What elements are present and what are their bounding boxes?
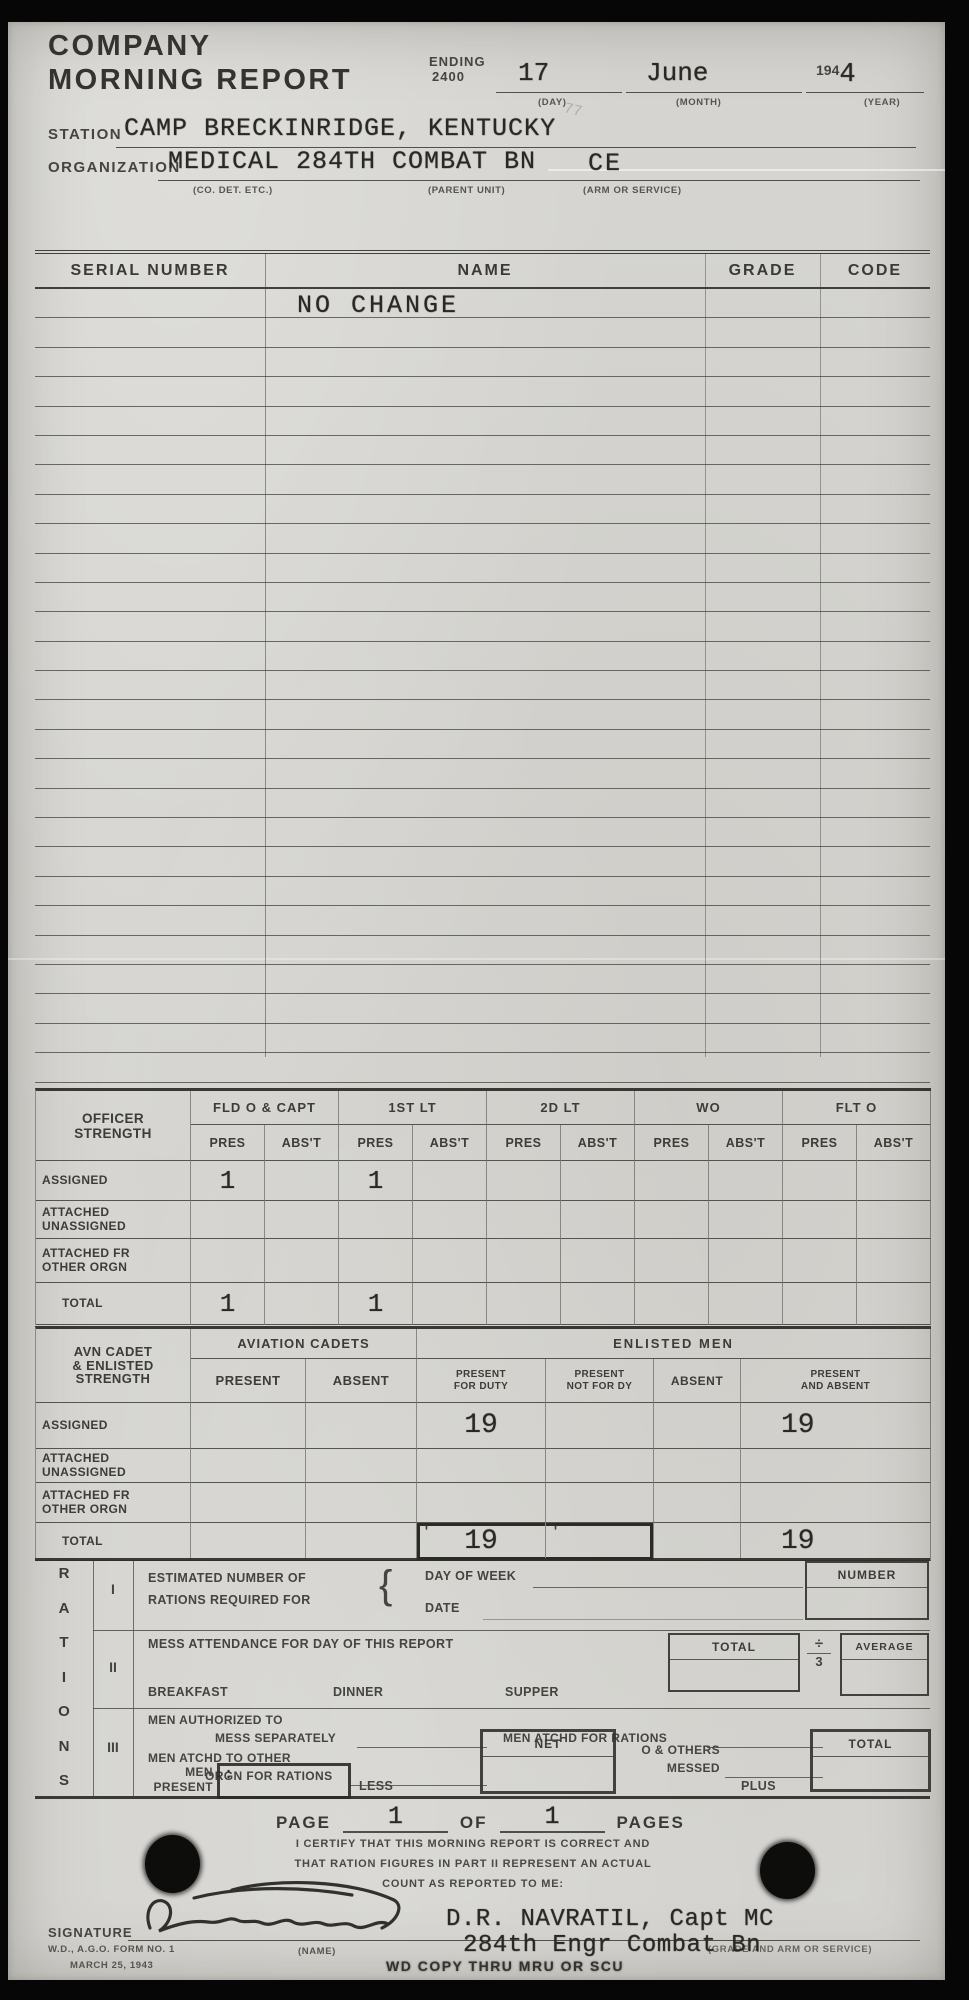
roster-blank-row — [35, 318, 930, 347]
enlisted-value — [191, 1403, 306, 1449]
rations-part-divider — [93, 1630, 930, 1631]
hole-punch — [760, 1842, 815, 1899]
officer-value — [561, 1283, 635, 1325]
enlisted-row-label: ASSIGNED — [36, 1403, 191, 1449]
officer-value — [857, 1201, 931, 1239]
roster-blank-row — [35, 700, 930, 729]
officer-value — [413, 1161, 487, 1201]
cert-line2: THAT RATION FIGURES IN PART II REPRESENT… — [213, 1854, 733, 1874]
officer-value — [191, 1201, 265, 1239]
enlisted-row-label-total: TOTAL — [36, 1523, 191, 1561]
pages-label: PAGES — [617, 1813, 685, 1833]
month-label: (MONTH) — [676, 97, 721, 108]
signature-label: SIGNATURE — [48, 1925, 133, 1940]
roster-blank-row — [35, 847, 930, 876]
roster-blank-row — [35, 877, 930, 906]
rations-vertical-label: R A T I O N S — [51, 1565, 77, 1789]
enlisted-col-absent2: ABSENT — [654, 1359, 741, 1403]
enlisted-value — [654, 1523, 741, 1561]
arm-service-value: CE — [588, 149, 622, 178]
rations-letter: O — [58, 1703, 70, 1720]
roster-body: NO CHANGE — [35, 289, 930, 1083]
officer-subhead-abst: ABS'T — [857, 1125, 931, 1161]
enlisted-total-boxed-cell: ' 19 — [417, 1523, 546, 1561]
mess-separately-blank[interactable] — [357, 1747, 487, 1748]
enlisted-value — [546, 1449, 654, 1483]
document-paper: COMPANY MORNING REPORT ENDING 2400 17 (D… — [8, 22, 945, 1980]
mess-separately-label: MESS SEPARATELY — [215, 1731, 336, 1745]
officer-value — [709, 1161, 783, 1201]
officer-row-label: ASSIGNED — [36, 1161, 191, 1201]
men-present-box[interactable]: : — [217, 1763, 351, 1799]
roster-blank-row — [35, 554, 930, 583]
group-enlisted-men: ENLISTED MEN — [417, 1329, 931, 1359]
roster-col-serial: SERIAL NUMBER — [35, 254, 265, 287]
date-month-value: June — [646, 58, 708, 88]
roster-entry-row: NO CHANGE — [35, 289, 930, 318]
of-label: OF — [460, 1813, 488, 1833]
officer-value: 1 — [339, 1283, 413, 1325]
enlisted-value — [654, 1449, 741, 1483]
rations-section: R A T I O N S I II III ESTIMATED NUMBER … — [35, 1558, 930, 1799]
men-authorized-label: MEN AUTHORIZED TO — [148, 1713, 283, 1727]
year-label: (YEAR) — [864, 97, 900, 108]
roster-blank-row — [35, 936, 930, 965]
enlisted-value: 19 — [417, 1403, 546, 1449]
organization-label: ORGANIZATION — [48, 159, 181, 176]
officer-value — [635, 1161, 709, 1201]
roster-divider-grade — [705, 254, 706, 1057]
net-box-label: NET — [483, 1732, 613, 1757]
parent-sub-label: (PARENT UNIT) — [428, 185, 505, 196]
officer-value — [487, 1201, 561, 1239]
enlisted-value — [654, 1483, 741, 1523]
unit-sub-label: (CO. DET. ETC.) — [193, 185, 273, 196]
officer-value — [709, 1283, 783, 1325]
month-underline — [626, 92, 802, 93]
enlisted-value — [191, 1483, 306, 1523]
roster-divider-code — [820, 254, 821, 1057]
date-label: DATE — [425, 1601, 460, 1615]
officer-header-line2: STRENGTH — [74, 1126, 151, 1141]
enlisted-value — [306, 1449, 417, 1483]
officer-value — [413, 1201, 487, 1239]
page-label: PAGE — [276, 1813, 331, 1833]
officer-subhead-pres: PRES — [487, 1125, 561, 1161]
roster-divider-serial — [265, 254, 266, 1057]
mess-total-box: TOTAL — [668, 1633, 800, 1692]
officer-group-fldo-capt: FLD O & CAPT — [191, 1091, 339, 1125]
officer-group-flt-o: FLT O — [783, 1091, 931, 1125]
organization-underline — [158, 180, 920, 181]
officer-value — [783, 1239, 857, 1283]
officer-group-1st-lt: 1ST LT — [339, 1091, 487, 1125]
day-of-week-blank[interactable] — [533, 1587, 803, 1588]
rations-desc-line1: ESTIMATED NUMBER OF — [148, 1571, 306, 1585]
officer-value — [487, 1239, 561, 1283]
average-box-value[interactable] — [842, 1660, 927, 1694]
officer-value — [635, 1283, 709, 1325]
average-box: AVERAGE — [840, 1633, 929, 1696]
typed-officer-name: D.R. NAVRATIL, Capt MC — [446, 1906, 774, 1933]
enlisted-row-label: ATTACHED FR OTHER ORGN — [36, 1483, 191, 1523]
breakfast-label: BREAKFAST — [148, 1685, 228, 1699]
officer-header-line1: OFFICER — [82, 1111, 144, 1126]
brace-glyph: { — [379, 1563, 392, 1608]
officer-value — [635, 1239, 709, 1283]
officer-strength-header: OFFICER STRENGTH — [36, 1091, 191, 1161]
number-box: NUMBER — [805, 1561, 929, 1620]
officer-value — [635, 1201, 709, 1239]
officer-value — [709, 1201, 783, 1239]
roster-blank-row — [35, 465, 930, 494]
day-of-week-label: DAY OF WEEK — [425, 1569, 516, 1583]
rations-letter: N — [59, 1738, 70, 1755]
officer-value — [339, 1201, 413, 1239]
date-day-value: 17 — [518, 58, 549, 88]
officer-subhead-pres: PRES — [783, 1125, 857, 1161]
wd-copy-note: WD COPY THRU MRU OR SCU — [386, 1958, 624, 1974]
officer-value — [561, 1239, 635, 1283]
ending-value: 2400 — [432, 69, 465, 84]
roster-blank-row — [35, 789, 930, 818]
rations-letter: S — [59, 1772, 69, 1789]
officer-value — [783, 1201, 857, 1239]
rations-part2-numeral: II — [93, 1659, 133, 1675]
officer-value — [265, 1161, 339, 1201]
officer-subhead-pres: PRES — [191, 1125, 265, 1161]
roster-blank-row — [35, 407, 930, 436]
roster-blank-row — [35, 583, 930, 612]
officer-row-label: ATTACHED UNASSIGNED — [36, 1201, 191, 1239]
rations-part1-numeral: I — [93, 1581, 133, 1597]
name-sub-label: (NAME) — [298, 1946, 336, 1957]
enlisted-value — [191, 1523, 306, 1561]
form-number-line: W.D., A.G.O. FORM NO. 1 — [48, 1944, 175, 1955]
officer-subhead-pres: PRES — [339, 1125, 413, 1161]
officer-value — [413, 1239, 487, 1283]
average-box-label: AVERAGE — [842, 1635, 927, 1660]
rations-total-box: TOTAL — [810, 1729, 931, 1792]
officer-subhead-abst: ABS'T — [265, 1125, 339, 1161]
divide-by-three: ÷ 3 — [807, 1635, 831, 1669]
officer-strength-table: OFFICER STRENGTH FLD O & CAPT 1ST LT 2D … — [35, 1088, 931, 1325]
officer-value — [339, 1239, 413, 1283]
year-underline — [806, 92, 924, 93]
roster-blank-row — [35, 818, 930, 847]
roster-blank-row — [35, 1024, 930, 1053]
enlisted-row-label: ATTACHED UNASSIGNED — [36, 1449, 191, 1483]
roster-blank-row — [35, 906, 930, 935]
number-box-value[interactable] — [807, 1588, 927, 1618]
officer-value — [487, 1283, 561, 1325]
roster-blank-row — [35, 377, 930, 406]
page-count-line: PAGE 1 OF 1 PAGES — [276, 1802, 685, 1833]
roster-table: SERIAL NUMBER NAME GRADE CODE NO CHANGE — [35, 250, 930, 1083]
messed-blank[interactable] — [725, 1777, 823, 1778]
enlisted-value — [191, 1449, 306, 1483]
day-label: (DAY) — [538, 97, 567, 108]
group-aviation-cadets: AVIATION CADETS — [191, 1329, 417, 1359]
enlisted-value: 19 — [464, 1526, 498, 1557]
o-and-others-label: O & OTHERS — [595, 1743, 720, 1757]
station-value: CAMP BRECKINRIDGE, KENTUCKY — [124, 114, 556, 143]
officer-row-label-total: TOTAL — [36, 1283, 191, 1325]
typewriter-tick-mark: ' — [551, 1524, 560, 1541]
rations-divider-line — [133, 1561, 134, 1796]
roster-entry-text: NO CHANGE — [297, 291, 459, 320]
officer-value — [857, 1239, 931, 1283]
officer-value — [487, 1161, 561, 1201]
roster-blank-row — [35, 759, 930, 788]
form-title-line2: MORNING REPORT — [48, 64, 352, 97]
officer-subhead-abst: ABS'T — [413, 1125, 487, 1161]
roster-header-row: SERIAL NUMBER NAME GRADE CODE — [35, 254, 930, 289]
less-label: LESS — [359, 1779, 393, 1793]
roster-blank-row — [35, 671, 930, 700]
ending-label: ENDING — [429, 54, 486, 69]
mess-attendance-title: MESS ATTENDANCE FOR DAY OF THIS REPORT — [148, 1637, 454, 1651]
scanned-morning-report: COMPANY MORNING REPORT ENDING 2400 17 (D… — [0, 0, 969, 2000]
roster-blank-row — [35, 612, 930, 641]
rations-letter: A — [59, 1600, 70, 1617]
officer-group-wo: WO — [635, 1091, 783, 1125]
officer-value: 1 — [191, 1283, 265, 1325]
enlisted-value — [741, 1449, 931, 1483]
roster-blank-row — [35, 348, 930, 377]
officer-value: 1 — [339, 1161, 413, 1201]
men-present-label: MEN PRESENT — [125, 1765, 213, 1795]
enlisted-strength-table: AVN CADET & ENLISTED STRENGTH AVIATION C… — [35, 1326, 931, 1561]
rations-part-divider — [93, 1708, 930, 1709]
roster-blank-row — [35, 965, 930, 994]
men-atchd-rations-blank[interactable] — [707, 1747, 823, 1748]
page-number-value: 1 — [343, 1802, 448, 1833]
officer-value — [265, 1283, 339, 1325]
roster-blank-row — [35, 1053, 930, 1082]
messed-label: MESSED — [595, 1761, 720, 1775]
officer-value: 1 — [191, 1161, 265, 1201]
enlisted-col-present-for-duty: PRESENT FOR DUTY — [417, 1359, 546, 1403]
arm-sub-label: (ARM OR SERVICE) — [583, 185, 682, 196]
roster-col-code: CODE — [820, 254, 930, 287]
enlisted-col-absent: ABSENT — [306, 1359, 417, 1403]
officer-value — [191, 1239, 265, 1283]
officer-value — [783, 1161, 857, 1201]
enlisted-col-present: PRESENT — [191, 1359, 306, 1403]
officer-subhead-abst: ABS'T — [709, 1125, 783, 1161]
officer-value — [265, 1239, 339, 1283]
dinner-label: DINNER — [333, 1685, 383, 1699]
rations-part3-numeral: III — [93, 1739, 133, 1755]
organization-value: MEDICAL 284TH COMBAT BN — [168, 147, 536, 176]
handwritten-signature — [136, 1878, 456, 1942]
roster-blank-row — [35, 994, 930, 1023]
divide-sign: ÷ — [807, 1635, 831, 1654]
roster-blank-row — [35, 436, 930, 465]
year-printed: 194 — [816, 62, 839, 78]
date-blank[interactable] — [483, 1619, 803, 1620]
mess-total-box-value[interactable] — [670, 1660, 798, 1690]
enlisted-value — [306, 1483, 417, 1523]
officer-value — [857, 1283, 931, 1325]
enlisted-value — [306, 1403, 417, 1449]
enlisted-value — [741, 1483, 931, 1523]
typed-officer-unit: 284th Engr Combat Bn — [463, 1932, 761, 1959]
roster-blank-row — [35, 495, 930, 524]
rations-desc-line2: RATIONS REQUIRED FOR — [148, 1593, 311, 1607]
plus-label: PLUS — [741, 1779, 776, 1793]
mess-total-box-label: TOTAL — [670, 1635, 798, 1660]
divisor: 3 — [807, 1654, 831, 1669]
typewriter-tick-mark: ' — [422, 1524, 431, 1541]
enlisted-value — [654, 1403, 741, 1449]
officer-group-2d-lt: 2D LT — [487, 1091, 635, 1125]
roster-blank-row — [35, 730, 930, 759]
officer-value — [561, 1201, 635, 1239]
roster-blank-row — [35, 524, 930, 553]
rations-total-box-value[interactable] — [813, 1757, 928, 1789]
enlisted-col-present-and-absent: PRESENT AND ABSENT — [741, 1359, 931, 1403]
enlisted-total-boxed-cell: ' — [546, 1523, 654, 1561]
officer-value — [265, 1201, 339, 1239]
enlisted-value: 19 — [741, 1523, 931, 1561]
supper-label: SUPPER — [505, 1685, 559, 1699]
officer-value — [783, 1283, 857, 1325]
enlisted-value — [546, 1403, 654, 1449]
stray-typed-mark: : — [224, 1766, 233, 1783]
day-underline — [496, 92, 622, 93]
officer-row-label: ATTACHED FR OTHER ORGN — [36, 1239, 191, 1283]
number-box-label: NUMBER — [807, 1563, 927, 1588]
form-title-line1: COMPANY — [48, 30, 212, 63]
rations-total-box-label: TOTAL — [813, 1732, 928, 1757]
date-year: 1944 — [816, 60, 856, 90]
enlisted-col-present-not-for-dy: PRESENT NOT FOR DY — [546, 1359, 654, 1403]
enlisted-value — [306, 1523, 417, 1561]
rations-letter: I — [62, 1669, 66, 1686]
enlisted-value: 19 — [741, 1403, 931, 1449]
roster-col-name: NAME — [265, 254, 705, 287]
net-box-value[interactable] — [483, 1757, 613, 1791]
roster-blank-row — [35, 642, 930, 671]
enlisted-value — [417, 1483, 546, 1523]
officer-value — [709, 1239, 783, 1283]
enlisted-value — [546, 1483, 654, 1523]
year-typed-value: 4 — [839, 60, 855, 90]
pencil-mark: 77 — [562, 100, 584, 121]
enlisted-value — [417, 1449, 546, 1483]
officer-subhead-pres: PRES — [635, 1125, 709, 1161]
form-date-line: MARCH 25, 1943 — [70, 1960, 153, 1971]
roster-col-grade: GRADE — [705, 254, 820, 287]
enlisted-strength-header: AVN CADET & ENLISTED STRENGTH — [36, 1329, 191, 1403]
officer-value — [561, 1161, 635, 1201]
officer-value — [857, 1161, 931, 1201]
rations-letter: T — [59, 1634, 68, 1651]
station-label: STATION — [48, 126, 122, 143]
rations-letter: R — [59, 1565, 70, 1582]
pages-total-value: 1 — [500, 1802, 605, 1833]
cert-line1: I CERTIFY THAT THIS MORNING REPORT IS CO… — [213, 1834, 733, 1854]
officer-value — [413, 1283, 487, 1325]
officer-subhead-abst: ABS'T — [561, 1125, 635, 1161]
